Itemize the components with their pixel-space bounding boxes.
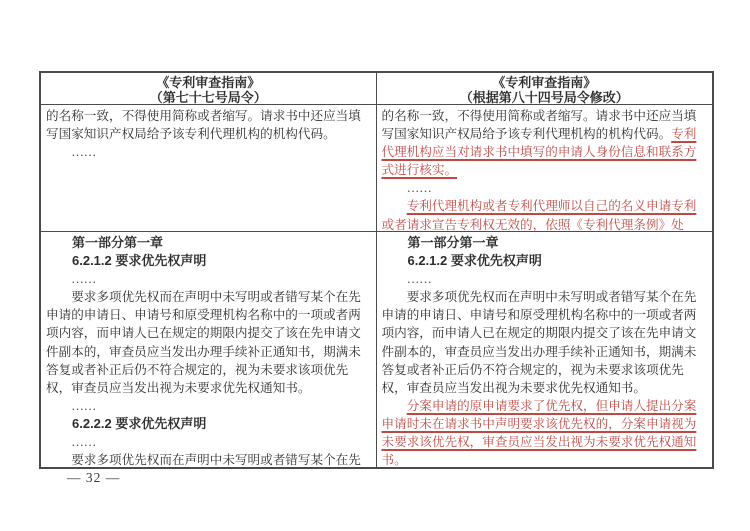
page-number: — 32 — <box>67 470 120 486</box>
old-section2-truncated-paragraph: 要求多项优先权而在声明中未写明或者错写某个在先申 <box>46 451 371 467</box>
old-section1-ellipsis: …… <box>46 143 371 161</box>
new-section1-paragraph: 的名称一致，不得使用简称或者缩写。请求书中还应当填写国家知识产权局给予该专利代理… <box>382 107 708 179</box>
old-section2-cell: 第一部分第一章 6.2.1.2 要求优先权声明 …… 要求多项优先权而在声明中未… <box>41 232 377 467</box>
old-section1-paragraph: 的名称一致，不得使用简称或者缩写。请求书中还应当填写国家知识产权局给予该专利代理… <box>46 107 371 143</box>
old-version-column-header: 《专利审查指南》 （第七十七号局令） <box>41 73 377 105</box>
new-version-column-header: 《专利审查指南》 （根据第八十四号局令修改） <box>377 73 713 105</box>
new-section1-unchanged-text: 的名称一致，不得使用简称或者缩写。请求书中还应当填写国家知识产权局给予该专利代理… <box>382 109 697 141</box>
new-section2-cell: 第一部分第一章 6.2.1.2 要求优先权声明 …… 要求多项优先权而在声明中未… <box>377 232 713 467</box>
old-section2-ellipsis-1: …… <box>46 270 371 288</box>
old-rule-heading-6212: 6.2.1.2 要求优先权声明 <box>72 252 371 270</box>
new-section2-added-paragraph: 分案申请的原申请要求了优先权，但申请人提出分案申请时未在请求书中声明要求该优先权… <box>382 397 708 467</box>
new-section1-cell: 的名称一致，不得使用简称或者缩写。请求书中还应当填写国家知识产权局给予该专利代理… <box>377 105 713 232</box>
old-chapter-heading: 第一部分第一章 <box>72 234 371 252</box>
new-section2-ellipsis-1: …… <box>382 270 708 288</box>
old-rule-heading-6222: 6.2.2.2 要求优先权声明 <box>72 415 371 433</box>
old-section2-ellipsis-2: …… <box>46 397 371 415</box>
old-section2-ellipsis-3: …… <box>46 433 371 451</box>
new-rule-heading-6212: 6.2.1.2 要求优先权声明 <box>408 252 708 270</box>
new-version-subtitle: （根据第八十四号局令修改） <box>382 90 708 105</box>
old-version-title: 《专利审查指南》 <box>46 75 371 90</box>
new-section1-added-paragraph: 专利代理机构或者专利代理师以自己的名义申请专利或者请求宣告专利权无效的，依照《专… <box>382 197 708 232</box>
new-section1-ellipsis: …… <box>382 179 708 197</box>
guideline-comparison-table: 《专利审查指南》 （第七十七号局令） 《专利审查指南》 （根据第八十四号局令修改… <box>39 71 714 469</box>
new-chapter-heading: 第一部分第一章 <box>408 234 708 252</box>
old-section2-paragraph: 要求多项优先权而在声明中未写明或者错写某个在先申请的申请日、申请号和原受理机构名… <box>46 288 371 397</box>
scanned-document-page: { "colors": { "ink": "#2d2d2d", "red": "… <box>0 0 750 531</box>
new-section2-paragraph: 要求多项优先权而在声明中未写明或者错写某个在先申请的申请日、申请号和原受理机构名… <box>382 288 708 397</box>
old-section1-cell: 的名称一致，不得使用简称或者缩写。请求书中还应当填写国家知识产权局给予该专利代理… <box>41 105 377 232</box>
new-version-title: 《专利审查指南》 <box>382 75 708 90</box>
old-version-subtitle: （第七十七号局令） <box>46 90 371 105</box>
